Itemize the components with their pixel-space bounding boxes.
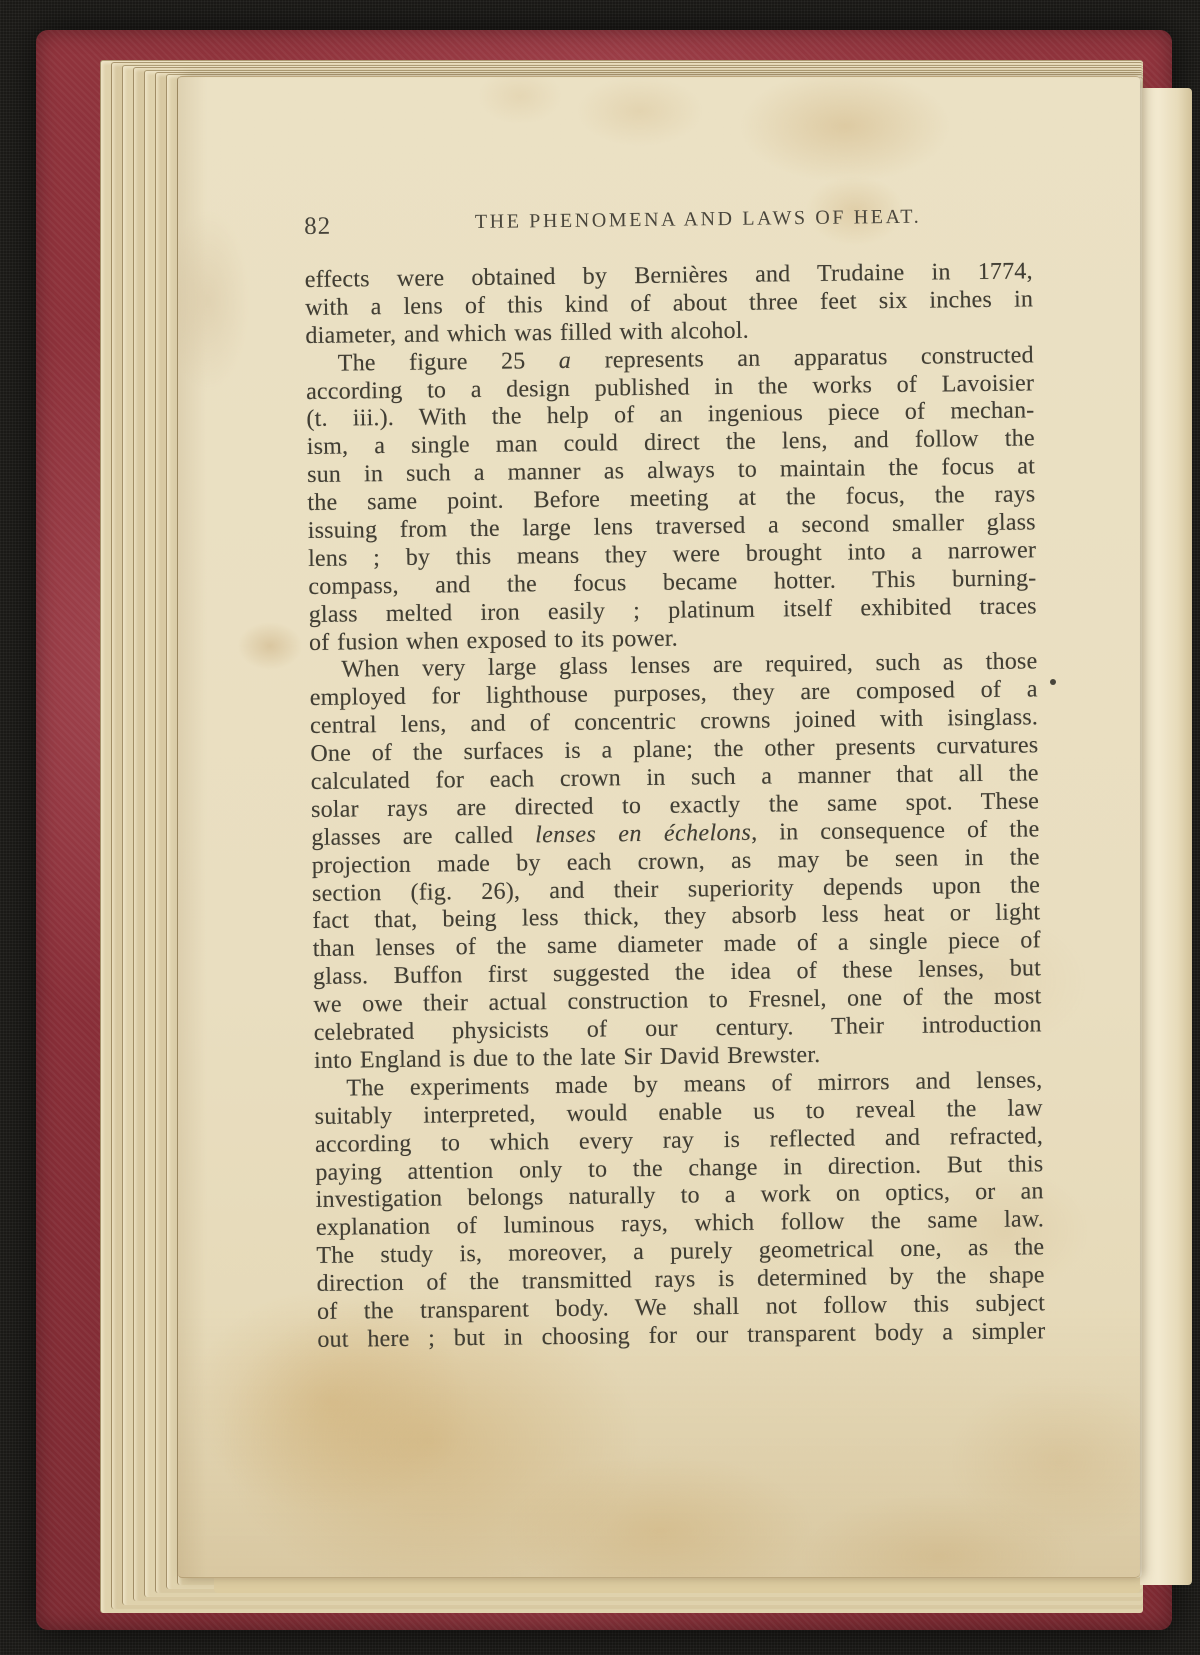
page-text: 82 THE PHENOMENA AND LAWS OF HEAT. effec… xyxy=(304,204,1045,1354)
page-header: 82 THE PHENOMENA AND LAWS OF HEAT. xyxy=(304,204,1032,243)
photo-background: { "book": { "page_number": "82", "runnin… xyxy=(0,0,1200,1655)
book-page: 82 THE PHENOMENA AND LAWS OF HEAT. effec… xyxy=(178,76,1140,1578)
running-head: THE PHENOMENA AND LAWS OF HEAT. xyxy=(304,204,1032,236)
text-body: effects were obtained by Bernières and T… xyxy=(305,258,1046,1354)
paragraph: effects were obtained by Bernières and T… xyxy=(305,258,1034,350)
paragraph: The experiments made by means of mirrors… xyxy=(314,1067,1045,1355)
page-number: 82 xyxy=(304,213,331,241)
ink-spot xyxy=(1050,679,1056,685)
paragraph: When very large glass lenses are require… xyxy=(309,649,1042,1076)
paragraph: The figure 25 a represents an apparatus … xyxy=(306,342,1038,657)
